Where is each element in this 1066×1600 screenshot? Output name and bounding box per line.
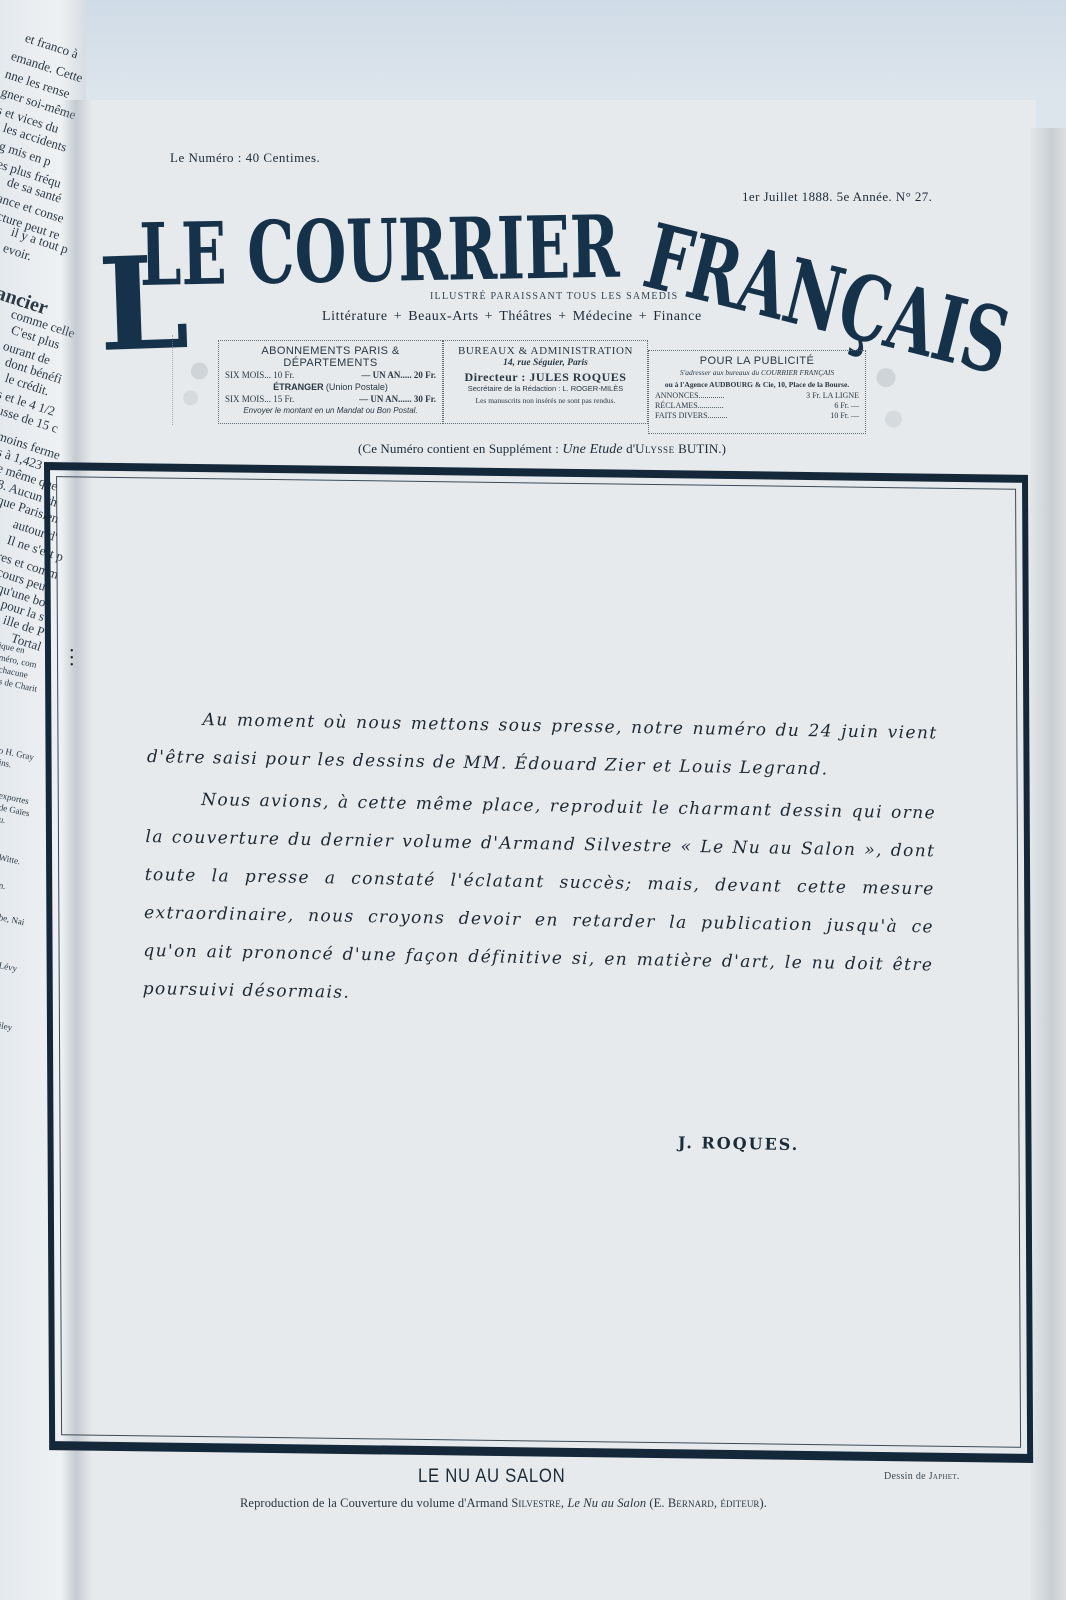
supplement-work: Une Etude <box>562 442 622 457</box>
caption-subtitle-publisher: (E. Bernard, éditeur). <box>649 1496 767 1510</box>
rate-price: 10 Fr. — <box>830 411 859 421</box>
subject-item: Beaux-Arts <box>408 309 479 324</box>
left-page-text: n. <box>0 880 7 891</box>
rate-label: RÉCLAMES............. <box>655 401 724 411</box>
subject-item: Théâtres <box>499 309 552 324</box>
supplement-artist-first: Ulysse <box>635 441 675 456</box>
caption-subtitle-prefix: Reproduction de la Couverture du volume … <box>240 1496 508 1510</box>
subject-list: Littérature+Beaux-Arts+Théâtres+Médecine… <box>322 309 702 325</box>
supplement-note: (Ce Numéro contient en Supplément : Une … <box>358 441 726 458</box>
subject-item: Finance <box>653 309 702 324</box>
caption-subtitle-work: Le Nu au Salon <box>567 1496 646 1510</box>
notice-paragraph: Au moment où nous mettons sous presse, n… <box>147 700 938 790</box>
subscriptions-heading: ABONNEMENTS PARIS & DÉPARTEMENTS <box>225 345 436 369</box>
advertising-line1: S'adresser aux bureaux du COURRIER FRANÇ… <box>655 367 859 379</box>
payment-note: Envoyer le montant en un Mandat ou Bon P… <box>225 405 436 417</box>
masthead-title-left: LE COURRIER <box>139 197 621 306</box>
issue-price: Le Numéro : 40 Centimes. <box>170 150 320 166</box>
supplement-artist-last: BUTIN.) <box>678 441 726 456</box>
left-page-text: Witte. <box>0 852 21 866</box>
manuscripts-note: Les manuscrits non insérés ne sont pas r… <box>450 395 641 407</box>
administration-address: 14, rue Séguier, Paris <box>450 357 641 369</box>
credit-prefix: Dessin de <box>884 1471 926 1482</box>
left-page-text: u. <box>0 814 7 825</box>
left-page-text: be, Nai <box>0 912 25 927</box>
rate-label: ANNONCES............. <box>655 391 725 401</box>
drawing-credit: Dessin de Japhet. <box>884 1471 960 1482</box>
administration-box: BUREAUX & ADMINISTRATION 14, rue Séguier… <box>443 340 648 424</box>
supplement-prefix: (Ce Numéro contient en Supplément : <box>358 441 559 456</box>
info-boxes: ABONNEMENTS PARIS & DÉPARTEMENTS SIX MOI… <box>218 340 868 425</box>
rate-label: FAITS DIVERS.......... <box>655 411 728 421</box>
foreign-six-months: SIX MOIS... 15 Fr. <box>225 393 294 405</box>
supplement-connector: d' <box>626 441 635 456</box>
notice-signature: J. ROQUES. <box>678 1133 800 1154</box>
caption-subtitle-author: Silvestre, <box>511 1496 564 1510</box>
administration-heading: BUREAUX & ADMINISTRATION <box>450 345 641 357</box>
ornament-left-icon <box>172 335 217 425</box>
page-stack-edge <box>1030 128 1066 1600</box>
left-page-text: Lévy <box>0 960 18 974</box>
subscriptions-box: ABONNEMENTS PARIS & DÉPARTEMENTS SIX MOI… <box>218 340 443 424</box>
left-page-text: iley <box>0 1020 13 1033</box>
separator: + <box>639 309 648 324</box>
caption-subtitle: Reproduction de la Couverture du volume … <box>240 1496 767 1511</box>
caption-title: LE NU AU SALON <box>418 1466 565 1488</box>
rate-price: 6 Fr. — <box>834 401 859 411</box>
foreign-year: — UN AN...... 30 Fr. <box>359 393 436 405</box>
subject-item: Médecine <box>573 309 633 324</box>
separator: + <box>394 309 403 324</box>
notice-paragraph: Nous avions, à cette même place, reprodu… <box>142 780 936 1022</box>
ornament-right-icon <box>866 350 916 442</box>
secretary: Secrétaire de la Rédaction : L. ROGER-MI… <box>450 383 641 395</box>
credit-artist: Japhet. <box>929 1471 960 1482</box>
foreign-heading: ÉTRANGER <box>273 382 324 392</box>
notice-body: Au moment où nous mettons sous presse, n… <box>142 700 938 1026</box>
left-page-text: ins. <box>0 757 12 769</box>
foreign-note: (Union Postale) <box>326 382 388 392</box>
advertising-box: POUR LA PUBLICITÉ S'adresser aux bureaux… <box>648 350 866 434</box>
advertising-heading: POUR LA PUBLICITÉ <box>655 355 859 367</box>
separator: + <box>485 309 494 324</box>
director: Directeur : JULES ROQUES <box>450 371 641 383</box>
advertising-line2: ou à l'Agence AUDBOURG & Cie, 10, Place … <box>655 379 859 391</box>
subject-item: Littérature <box>322 309 388 324</box>
left-page-text: s de Charit <box>0 676 38 694</box>
masthead-tagline: ILLUSTRÉ PARAISSANT TOUS LES SAMEDIS <box>430 291 678 302</box>
separator: + <box>558 309 567 324</box>
rate-price: 3 Fr. LA LIGNE <box>806 391 859 401</box>
paris-six-months: SIX MOIS... 10 Fr. <box>225 369 294 381</box>
paris-year: — UN AN..... 20 Fr. <box>361 369 436 381</box>
